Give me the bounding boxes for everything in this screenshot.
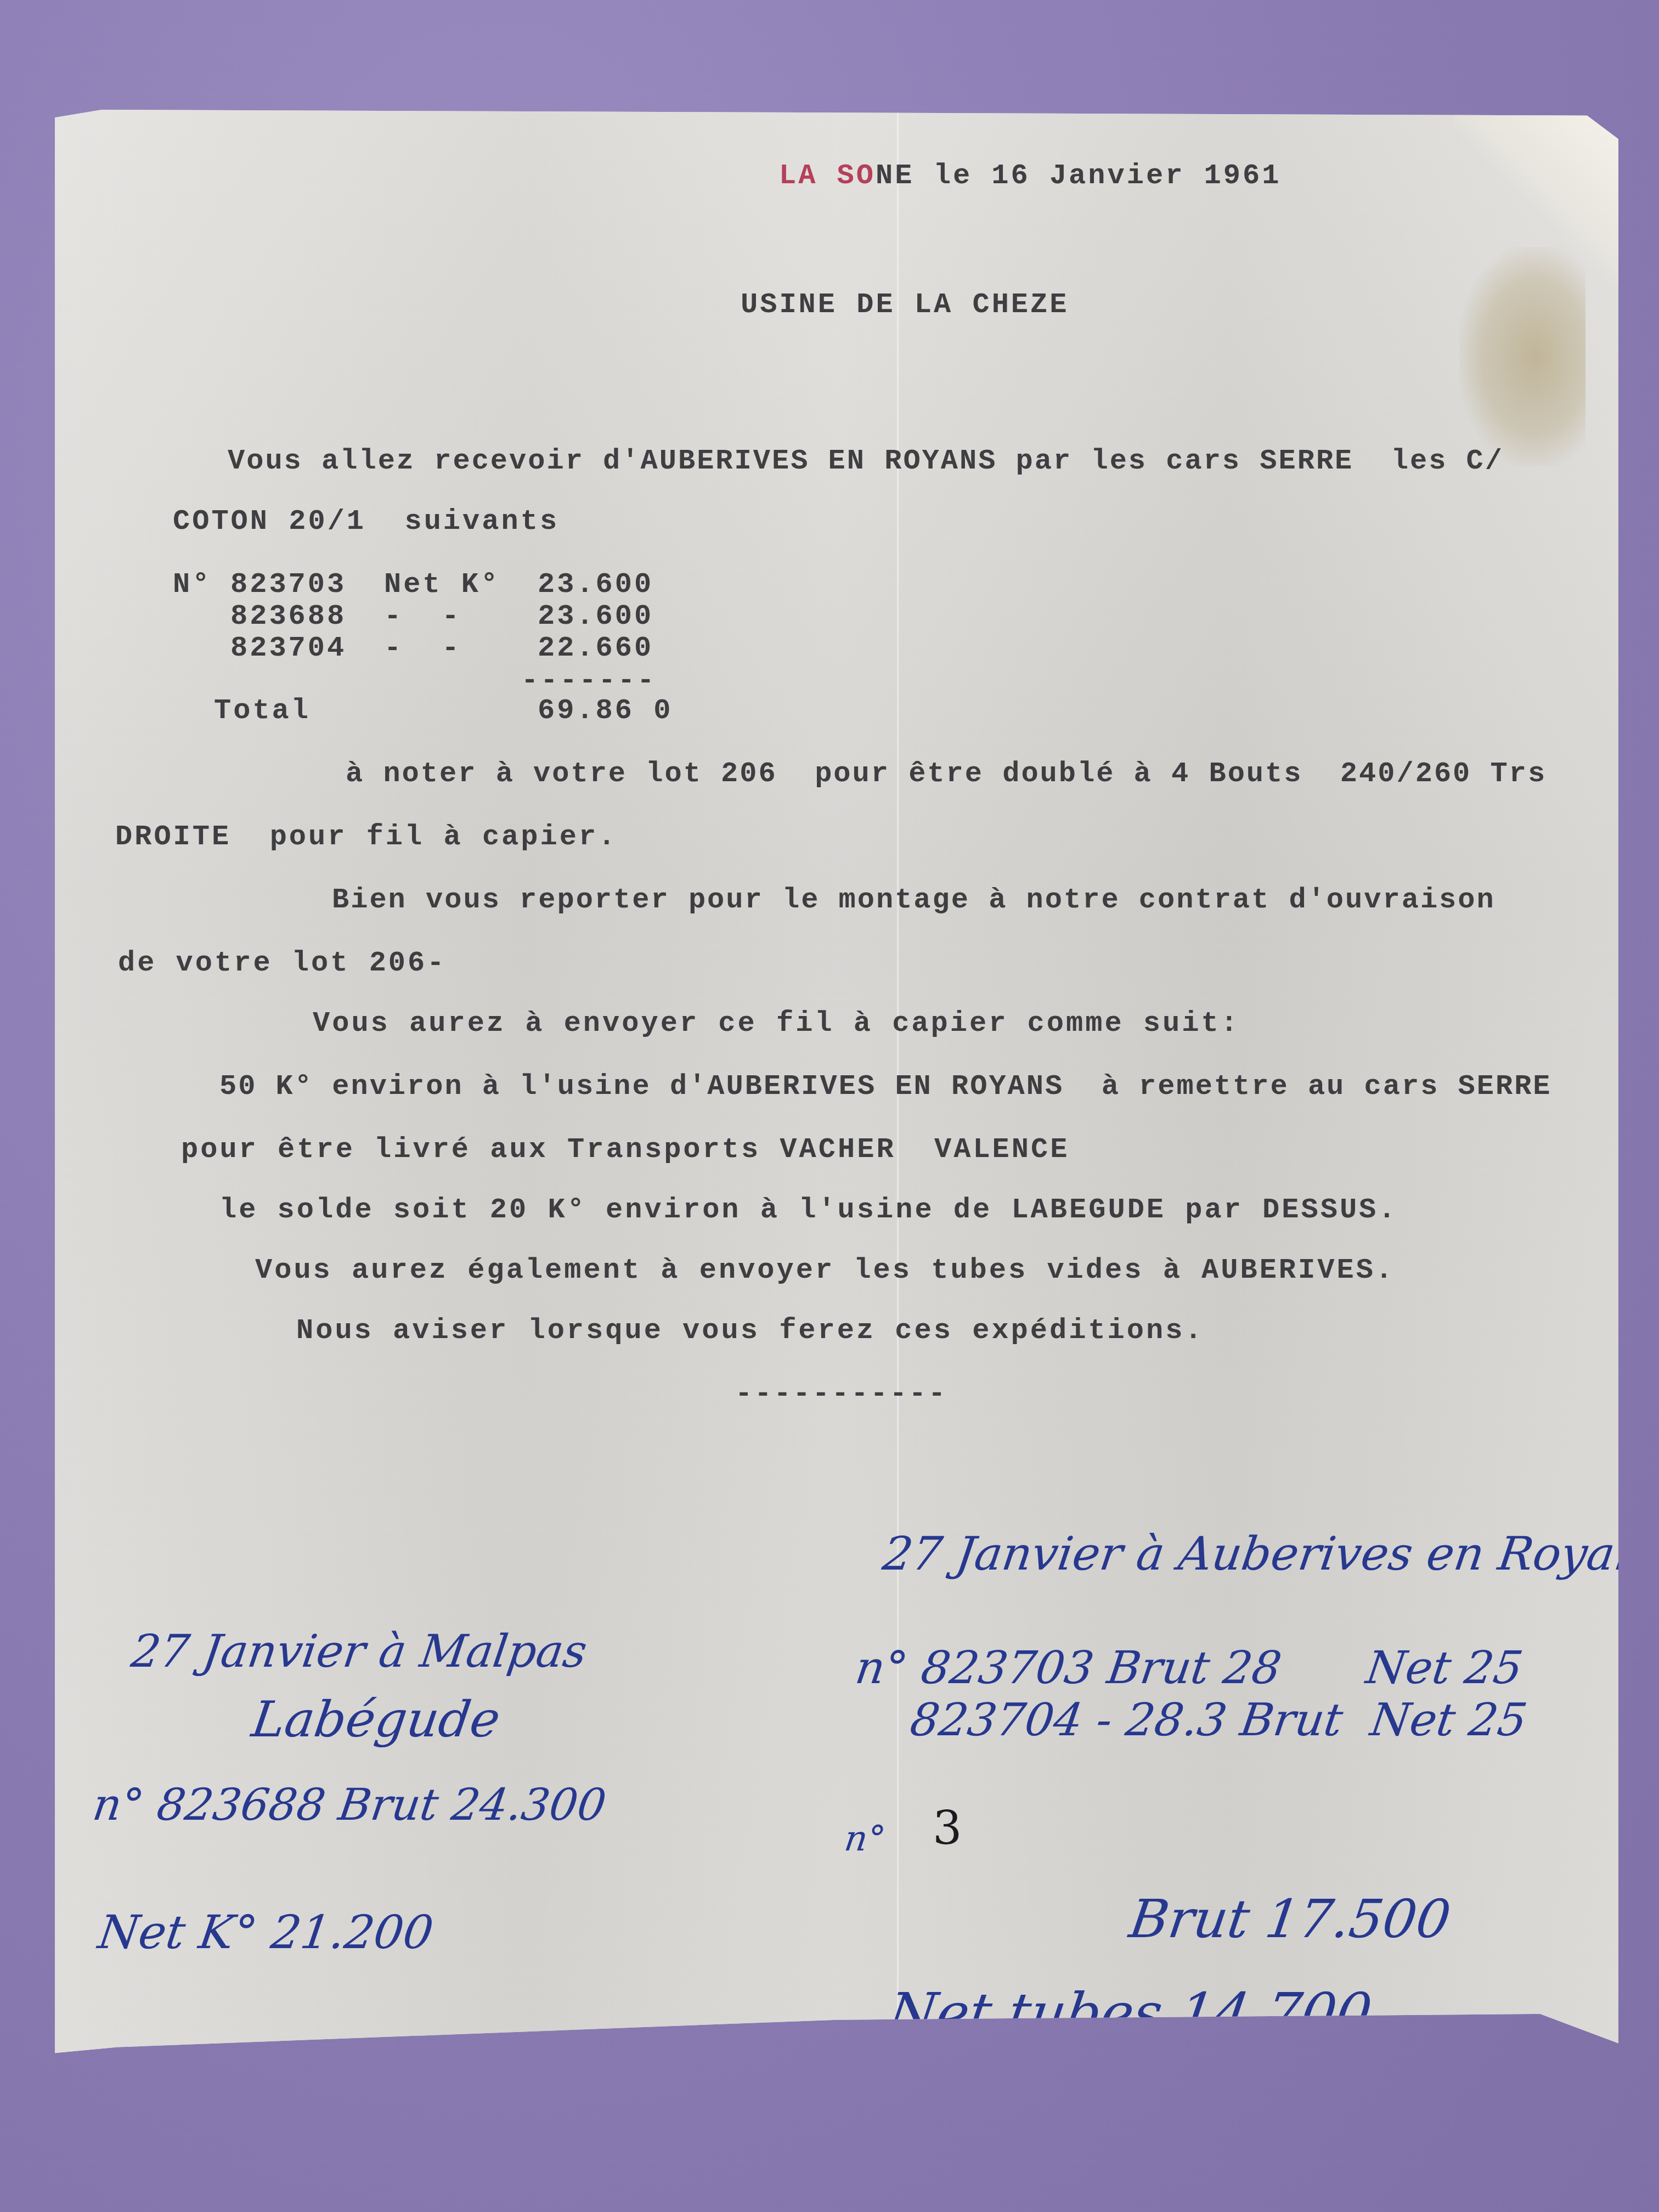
para4: Vous aurez également à envoyer les tubes… bbox=[255, 1256, 1395, 1285]
para1-line-2: DROITE pour fil à capier. bbox=[115, 823, 617, 851]
para3-line-1: 50 K° environ à l'usine d'AUBERIVES EN R… bbox=[219, 1073, 1552, 1101]
closing-rule: ----------- bbox=[735, 1380, 947, 1408]
hw-right-date: 27 Janvier à Auberives en Royans bbox=[880, 1531, 1659, 1577]
hw-right-no-prefix: n° bbox=[843, 1821, 888, 1857]
place-rest: NE bbox=[876, 160, 914, 192]
sum-separator: ------- bbox=[521, 667, 656, 695]
letter-date-line: LA SONE le 16 Janvier 1961 bbox=[779, 162, 1281, 190]
para3-intro: Vous aurez à envoyer ce fil à capier com… bbox=[313, 1009, 1240, 1038]
item-label: - - bbox=[384, 634, 461, 663]
total-label: Total bbox=[214, 697, 311, 725]
item-number: 823703 bbox=[230, 571, 346, 599]
item-number: 823704 bbox=[230, 634, 346, 663]
intro-line-1: Vous allez recevoir d'AUBERIVES EN ROYAN… bbox=[228, 447, 1504, 476]
item-weight: 23.600 bbox=[538, 602, 653, 631]
recipient: USINE DE LA CHEZE bbox=[741, 291, 1069, 319]
hw-right-item-1: n° 823703 Brut 28 Net 25 bbox=[853, 1646, 1525, 1691]
para3-line-3: le solde soit 20 K° environ à l'usine de… bbox=[219, 1196, 1398, 1224]
hw-left-net: Net K° 21.200 bbox=[95, 1909, 436, 1955]
letter-date: le 16 Janvier 1961 bbox=[934, 160, 1282, 192]
water-stain bbox=[1459, 247, 1585, 466]
para2-line-2: de votre lot 206- bbox=[118, 949, 447, 978]
para1-line-1: à noter à votre lot 206 pour être doublé… bbox=[346, 760, 1547, 788]
place-red: LA SO bbox=[779, 160, 876, 192]
hw-right-gross: Brut 17.500 bbox=[1126, 1893, 1454, 1945]
hw-right-no-number: 3 bbox=[933, 1805, 962, 1851]
intro-line-2: COTON 20/1 suivants bbox=[173, 507, 559, 536]
item-label: - - bbox=[384, 602, 461, 631]
item-label: Net K° bbox=[384, 571, 500, 599]
hw-left-place: Labégude bbox=[249, 1695, 503, 1745]
hw-right-net-tubes: Net tubes 14.700 bbox=[885, 1986, 1375, 2041]
hw-left-gross: n° 823688 Brut 24.300 bbox=[90, 1783, 608, 1827]
para5: Nous aviser lorsque vous ferez ces expéd… bbox=[296, 1317, 1204, 1345]
hw-left-date: 27 Janvier à Malpas bbox=[128, 1629, 589, 1674]
item-weight: 23.600 bbox=[538, 571, 653, 599]
para3-line-2: pour être livré aux Transports VACHER VA… bbox=[181, 1136, 1069, 1164]
item-prefix: N° bbox=[173, 571, 211, 599]
total-value: 69.86 0 bbox=[538, 697, 673, 725]
para2-line-1: Bien vous reporter pour le montage à not… bbox=[332, 886, 1496, 915]
letter-sheet: LA SONE le 16 Janvier 1961 USINE DE LA C… bbox=[55, 110, 1618, 2063]
hw-right-item-2: 823704 - 28.3 Brut Net 25 bbox=[907, 1698, 1530, 1743]
item-weight: 22.660 bbox=[538, 634, 653, 663]
item-number: 823688 bbox=[230, 602, 346, 631]
